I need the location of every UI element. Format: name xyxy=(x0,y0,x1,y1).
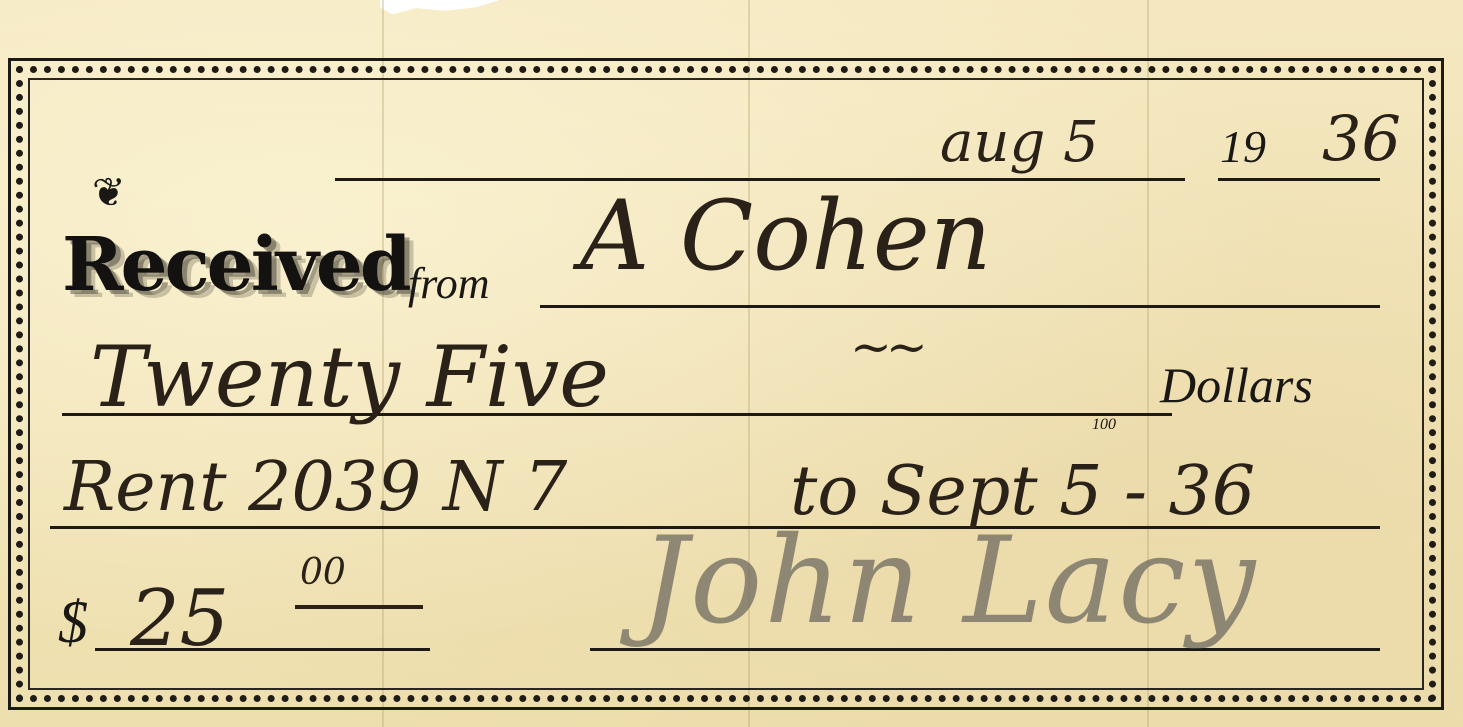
amount-cents-field: 00 xyxy=(300,552,346,593)
received-heading: Received xyxy=(62,222,409,308)
flourish-ornament-icon: ❦ xyxy=(92,170,126,216)
signature-field: John Lacy xyxy=(640,512,1257,651)
dollars-label: Dollars xyxy=(1160,356,1313,414)
year-prefix: 19 xyxy=(1220,120,1266,173)
amount-figure-field: 25 xyxy=(130,574,229,664)
amount-in-words-field: Twenty Five xyxy=(90,328,609,426)
fraction-denominator: 100 xyxy=(1092,416,1116,434)
payer-line xyxy=(540,305,1380,308)
payer-name-field: A Cohen xyxy=(580,180,992,292)
date-field: aug 5 xyxy=(940,110,1099,175)
dollar-sign: $ xyxy=(58,588,88,657)
from-label: from xyxy=(408,258,490,309)
year-suffix-field: 36 xyxy=(1322,102,1401,175)
year-line xyxy=(1218,178,1380,181)
amount-cents-mark: ~~ xyxy=(850,318,922,376)
cents-underline xyxy=(295,605,423,609)
memo-field-left: Rent 2039 N 7 xyxy=(64,448,567,527)
